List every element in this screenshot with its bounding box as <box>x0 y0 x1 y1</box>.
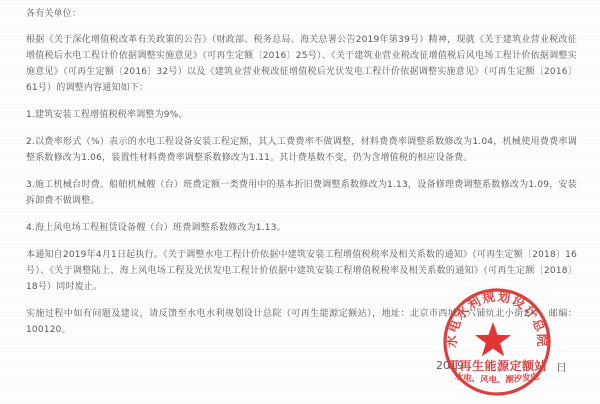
seal-office-name: 可再生能源定额站 <box>447 358 547 373</box>
salutation: 各有关单位： <box>26 6 577 22</box>
paragraph-item-4-offshore-wind: 4.海上风电场工程租赁设备艘（台）班费调整系数修改为1.13。 <box>26 220 577 236</box>
paragraph-item-3-machinery-fees: 3.施工机械台时费、船舶机械艘（台）班费定额一类费用中的基本折旧费调整系数修改为… <box>26 177 577 209</box>
paragraph-basis: 根据《关于深化增值税改革有关政策的公告》（财政部、税务总局、海关总署公告2019… <box>26 32 577 96</box>
seal-star-icon <box>475 322 511 356</box>
official-red-seal: 水电水利规划设计总院 可再生能源定额站 （水电、风电、潮汐发电） <box>438 287 558 404</box>
paragraph-item-1-vat-rate: 1.建筑安装工程增值税税率调整为9%。 <box>26 107 577 123</box>
notice-document-page: 各有关单位： 根据《关于深化增值税改革有关政策的公告》（财政部、税务总局、海关总… <box>0 0 600 404</box>
paragraph-item-2-fee-coefficients: 2.以费率形式（%）表示的水电工程设备安装工程定额，其人工费费率不做调整，材料费… <box>26 134 577 166</box>
